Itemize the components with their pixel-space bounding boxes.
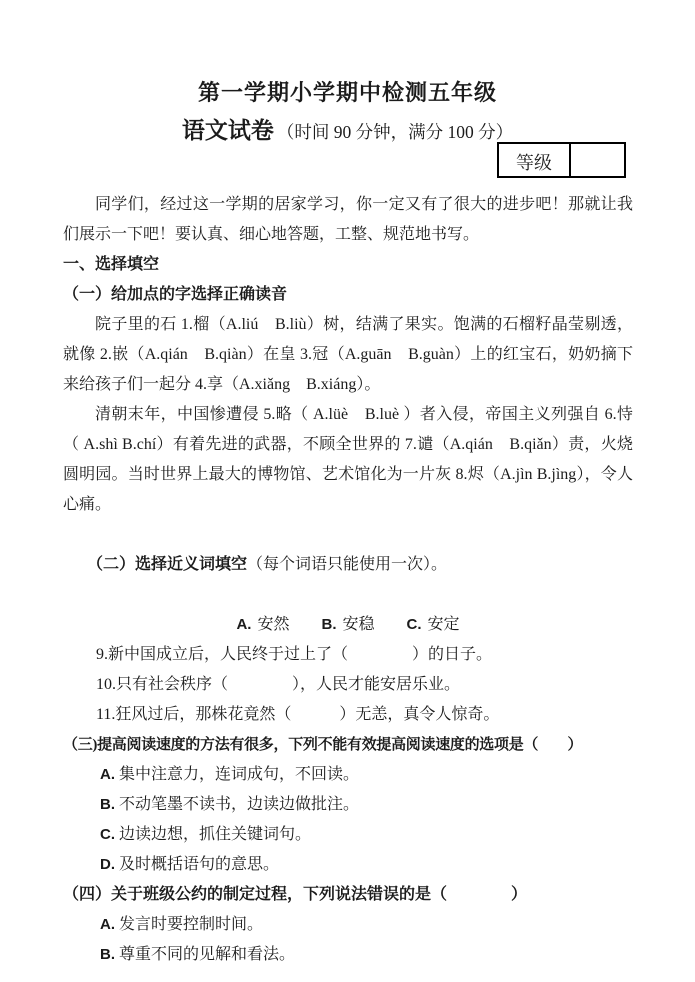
option-letter: D. bbox=[100, 856, 115, 873]
word-bank-letter: B. bbox=[321, 616, 336, 633]
word-bank-word: 安然 bbox=[257, 616, 289, 633]
option-text: 集中注意力，连词成句，不回读。 bbox=[119, 766, 359, 783]
word-bank-item: A.安然 bbox=[236, 616, 289, 633]
part-4-option-b: B.尊重不同的见解和看法。 bbox=[63, 940, 633, 970]
option-text: 尊重不同的见解和看法。 bbox=[119, 946, 295, 963]
section-1-heading: 一、选择填空 bbox=[63, 250, 633, 280]
word-bank-letter: A. bbox=[236, 616, 251, 633]
part-3-option-b: B.不动笔墨不读书，边读边做批注。 bbox=[63, 790, 633, 820]
word-bank-letter: C. bbox=[407, 616, 422, 633]
word-bank-item: C.安定 bbox=[407, 616, 460, 633]
part-2-heading-note: （每个词语只能使用一次）。 bbox=[247, 556, 447, 573]
part-2-heading: （二）选择近义词填空（每个词语只能使用一次）。 bbox=[63, 520, 633, 610]
paper-body: 同学们，经过这一学期的居家学习，你一定又有了很大的进步吧！那就让我们展示一下吧！… bbox=[63, 190, 633, 970]
part-3-heading: （三)提高阅读速度的方法有很多，下列不能有效提高阅读速度的选项是（ ） bbox=[63, 730, 633, 760]
part-1-paragraph-1: 院子里的石 1.榴（A.liú B.liù）树，结满了果实。饱满的石榴籽晶莹剔透… bbox=[63, 310, 633, 400]
option-letter: C. bbox=[100, 826, 115, 843]
word-bank-item: B.安稳 bbox=[321, 616, 374, 633]
paper-header: 第一学期小学期中检测五年级 语文试卷（时间 90 分钟，满分 100 分） bbox=[0, 78, 695, 149]
option-letter: A. bbox=[100, 766, 115, 783]
option-text: 边读边想，抓住关键词句。 bbox=[119, 826, 311, 843]
fill-item-10: 10.只有社会秩序（ ），人民才能安居乐业。 bbox=[63, 670, 633, 700]
part-2-heading-bold: （二）选择近义词填空 bbox=[87, 556, 247, 573]
word-bank: A.安然 B.安稳 C.安定 bbox=[63, 610, 633, 640]
part-3-option-a: A.集中注意力，连词成句，不回读。 bbox=[63, 760, 633, 790]
fill-item-11: 11.狂风过后，那株花竟然（ ）无恙，真令人惊奇。 bbox=[63, 700, 633, 730]
part-3-option-c: C.边读边想，抓住关键词句。 bbox=[63, 820, 633, 850]
option-letter: A. bbox=[100, 916, 115, 933]
paper-title: 第一学期小学期中检测五年级 bbox=[0, 78, 695, 108]
word-bank-word: 安稳 bbox=[342, 616, 374, 633]
grade-box: 等级 bbox=[497, 142, 626, 178]
grade-value-cell bbox=[571, 144, 624, 176]
part-1-heading: （一）给加点的字选择正确读音 bbox=[63, 280, 633, 310]
intro-paragraph: 同学们，经过这一学期的居家学习，你一定又有了很大的进步吧！那就让我们展示一下吧！… bbox=[63, 190, 633, 250]
grade-label: 等级 bbox=[499, 144, 571, 176]
option-text: 及时概括语句的意思。 bbox=[119, 856, 279, 873]
time-score-info: （时间 90 分钟，满分 100 分） bbox=[277, 122, 513, 142]
subject-title: 语文试卷 bbox=[182, 117, 274, 143]
word-bank-word: 安定 bbox=[428, 616, 460, 633]
part-4-heading: （四）关于班级公约的制定过程，下列说法错误的是（ ） bbox=[63, 880, 633, 910]
option-text: 发言时要控制时间。 bbox=[119, 916, 263, 933]
exam-paper-page: 第一学期小学期中检测五年级 语文试卷（时间 90 分钟，满分 100 分） 等级… bbox=[0, 0, 695, 982]
option-letter: B. bbox=[100, 946, 115, 963]
part-4-option-a: A.发言时要控制时间。 bbox=[63, 910, 633, 940]
option-text: 不动笔墨不读书，边读边做批注。 bbox=[119, 796, 359, 813]
fill-item-9: 9.新中国成立后，人民终于过上了（ ）的日子。 bbox=[63, 640, 633, 670]
part-1-paragraph-2: 清朝末年，中国惨遭侵 5.略（ A.lüè B.luè ）者入侵，帝国主义列强自… bbox=[63, 400, 633, 520]
part-3-option-d: D.及时概括语句的意思。 bbox=[63, 850, 633, 880]
option-letter: B. bbox=[100, 796, 115, 813]
